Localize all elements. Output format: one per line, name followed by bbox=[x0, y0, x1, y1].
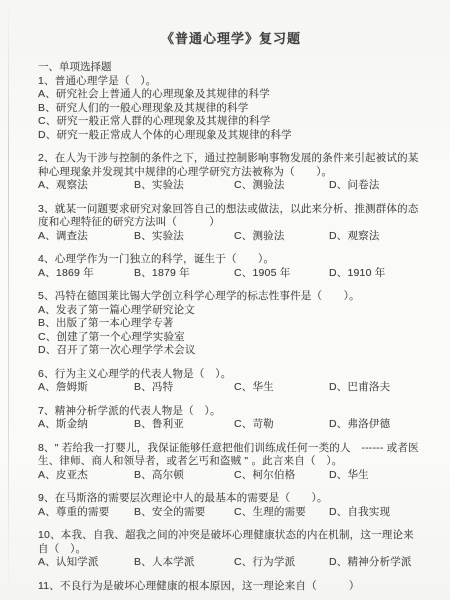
option-item: B、鲁利亚 bbox=[134, 418, 234, 432]
question-stem: 1、普通心理学是（ ）。 bbox=[38, 75, 424, 89]
option-item: A、斯金纳 bbox=[38, 418, 134, 432]
option-item: D、华生 bbox=[329, 469, 424, 483]
option-item: D、观察法 bbox=[329, 230, 424, 244]
option-item: A、观察法 bbox=[38, 179, 134, 193]
question-block: 4、心理学作为一门独立的科学，诞生于（ ）。A、1869 年B、1879 年C、… bbox=[38, 253, 424, 280]
option-item: C、华生 bbox=[234, 381, 329, 395]
section-heading: 一、单项选择题 bbox=[38, 61, 424, 75]
option-item: B、研究人们的一般心理现象及其规律的科学 bbox=[38, 102, 424, 116]
question-stem: 5、冯特在德国莱比锡大学创立科学心理学的标志性事件是（ ）。 bbox=[38, 290, 424, 304]
option-item: D、1910 年 bbox=[329, 267, 424, 281]
option-item: D、研究一般正常成人个体的心理现象及其规律的科学 bbox=[38, 129, 424, 143]
option-item: C、1905 年 bbox=[234, 267, 329, 281]
option-item: D、巴甫洛夫 bbox=[329, 381, 424, 395]
question-block: 9、在马斯洛的需要层次理论中人的最基本的需要是（ ）。A、尊重的需要B、安全的需… bbox=[38, 492, 424, 519]
exam-paper-page: 《普通心理学》复习题 一、单项选择题 1、普通心理学是（ ）。A、研究社会上普通… bbox=[0, 0, 450, 600]
option-item: A、尊重的需要 bbox=[38, 506, 134, 520]
option-item: A、1869 年 bbox=[38, 267, 134, 281]
option-item: B、实验法 bbox=[134, 179, 234, 193]
question-stem: 3、就某一问题要求研究对象回答自己的想法或做法，以此来分析、推测群体的态度和心理… bbox=[38, 203, 424, 230]
option-item: A、认知学派 bbox=[38, 556, 134, 570]
option-item: C、行为学派 bbox=[234, 556, 329, 570]
option-item: B、冯特 bbox=[134, 381, 234, 395]
option-item: D、召开了第一次心理学学术会议 bbox=[38, 344, 424, 358]
options: A、尊重的需要B、安全的需要C、生理的需要D、自我实现 bbox=[38, 506, 424, 520]
options: A、詹姆斯B、冯特C、华生D、巴甫洛夫 bbox=[38, 381, 424, 395]
question-block: 7、精神分析学派的代表人物是（ ）。A、斯金纳B、鲁利亚C、苛勒D、弗洛伊德 bbox=[38, 405, 424, 432]
option-item: B、实验法 bbox=[134, 230, 234, 244]
question-stem: 4、心理学作为一门独立的科学，诞生于（ ）。 bbox=[38, 253, 424, 267]
option-item: C、测验法 bbox=[234, 230, 329, 244]
option-item: A、詹姆斯 bbox=[38, 381, 134, 395]
question-block: 10、本我、自我、超我之间的冲突是破坏心理健康状态的内在机制，这一理论来自（ ）… bbox=[38, 529, 424, 570]
option-item: D、弗洛伊德 bbox=[329, 418, 424, 432]
option-item: B、出版了第一本心理学专著 bbox=[38, 317, 424, 331]
option-item: B、安全的需要 bbox=[134, 506, 234, 520]
question-stem: 7、精神分析学派的代表人物是（ ）。 bbox=[38, 405, 424, 419]
options: A、1869 年B、1879 年C、1905 年D、1910 年 bbox=[38, 267, 424, 281]
option-item: C、研究一般正常人群的心理现象及其规律的科学 bbox=[38, 115, 424, 129]
question-list: 1、普通心理学是（ ）。A、研究社会上普通人的心理现象及其规律的科学B、研究人们… bbox=[38, 75, 424, 594]
option-item: A、研究社会上普通人的心理现象及其规律的科学 bbox=[38, 88, 424, 102]
question-block: 2、在人为干涉与控制的条件之下，通过控制影响事物发展的条件来引起被试的某种心理现… bbox=[38, 152, 424, 193]
options: A、研究社会上普通人的心理现象及其规律的科学B、研究人们的一般心理现象及其规律的… bbox=[38, 88, 424, 142]
option-item: B、高尔顿 bbox=[134, 469, 234, 483]
option-item: C、测验法 bbox=[234, 179, 329, 193]
options: A、调查法B、实验法C、测验法D、观察法 bbox=[38, 230, 424, 244]
option-item: D、精神分析学派 bbox=[329, 556, 424, 570]
option-item: A、调查法 bbox=[38, 230, 134, 244]
question-stem: 9、在马斯洛的需要层次理论中人的最基本的需要是（ ）。 bbox=[38, 492, 424, 506]
question-block: 1、普通心理学是（ ）。A、研究社会上普通人的心理现象及其规律的科学B、研究人们… bbox=[38, 75, 424, 143]
option-item: D、自我实现 bbox=[329, 506, 424, 520]
option-item: C、生理的需要 bbox=[234, 506, 329, 520]
paper-edge-line bbox=[8, 0, 9, 600]
option-item: A、皮亚杰 bbox=[38, 469, 134, 483]
question-block: 6、行为主义心理学的代表人物是（ ）。A、詹姆斯B、冯特C、华生D、巴甫洛夫 bbox=[38, 368, 424, 395]
option-item: B、1879 年 bbox=[134, 267, 234, 281]
option-item: C、创建了第一个心理学实验室 bbox=[38, 331, 424, 345]
question-block: 11、不良行为是破坏心理健康的根本原因，这一理论来自（ ） bbox=[38, 580, 424, 594]
options: A、观察法B、实验法C、测验法D、问卷法 bbox=[38, 179, 424, 193]
question-block: 5、冯特在德国莱比锡大学创立科学心理学的标志性事件是（ ）。A、发表了第一篇心理… bbox=[38, 290, 424, 358]
options: A、发表了第一篇心理学研究论文B、出版了第一本心理学专著C、创建了第一个心理学实… bbox=[38, 304, 424, 358]
options: A、皮亚杰B、高尔顿C、柯尔伯格D、华生 bbox=[38, 469, 424, 483]
question-stem: 10、本我、自我、超我之间的冲突是破坏心理健康状态的内在机制，这一理论来自（ ）… bbox=[38, 529, 424, 556]
option-item: B、人本学派 bbox=[134, 556, 234, 570]
question-stem: 6、行为主义心理学的代表人物是（ ）。 bbox=[38, 368, 424, 382]
question-block: 3、就某一问题要求研究对象回答自己的想法或做法，以此来分析、推测群体的态度和心理… bbox=[38, 203, 424, 244]
question-stem: 2、在人为干涉与控制的条件之下，通过控制影响事物发展的条件来引起被试的某种心理现… bbox=[38, 152, 424, 179]
options: A、认知学派B、人本学派C、行为学派D、精神分析学派 bbox=[38, 556, 424, 570]
page-title: 《普通心理学》复习题 bbox=[38, 28, 424, 47]
option-item: C、柯尔伯格 bbox=[234, 469, 329, 483]
question-stem: 8、" 若给我一打婴儿，我保证能够任意把他们训练成任何一类的人 ------ 或… bbox=[38, 442, 424, 469]
question-stem: 11、不良行为是破坏心理健康的根本原因，这一理论来自（ ） bbox=[38, 580, 424, 594]
option-item: D、问卷法 bbox=[329, 179, 424, 193]
options: A、斯金纳B、鲁利亚C、苛勒D、弗洛伊德 bbox=[38, 418, 424, 432]
option-item: C、苛勒 bbox=[234, 418, 329, 432]
option-item: A、发表了第一篇心理学研究论文 bbox=[38, 304, 424, 318]
question-block: 8、" 若给我一打婴儿，我保证能够任意把他们训练成任何一类的人 ------ 或… bbox=[38, 442, 424, 483]
